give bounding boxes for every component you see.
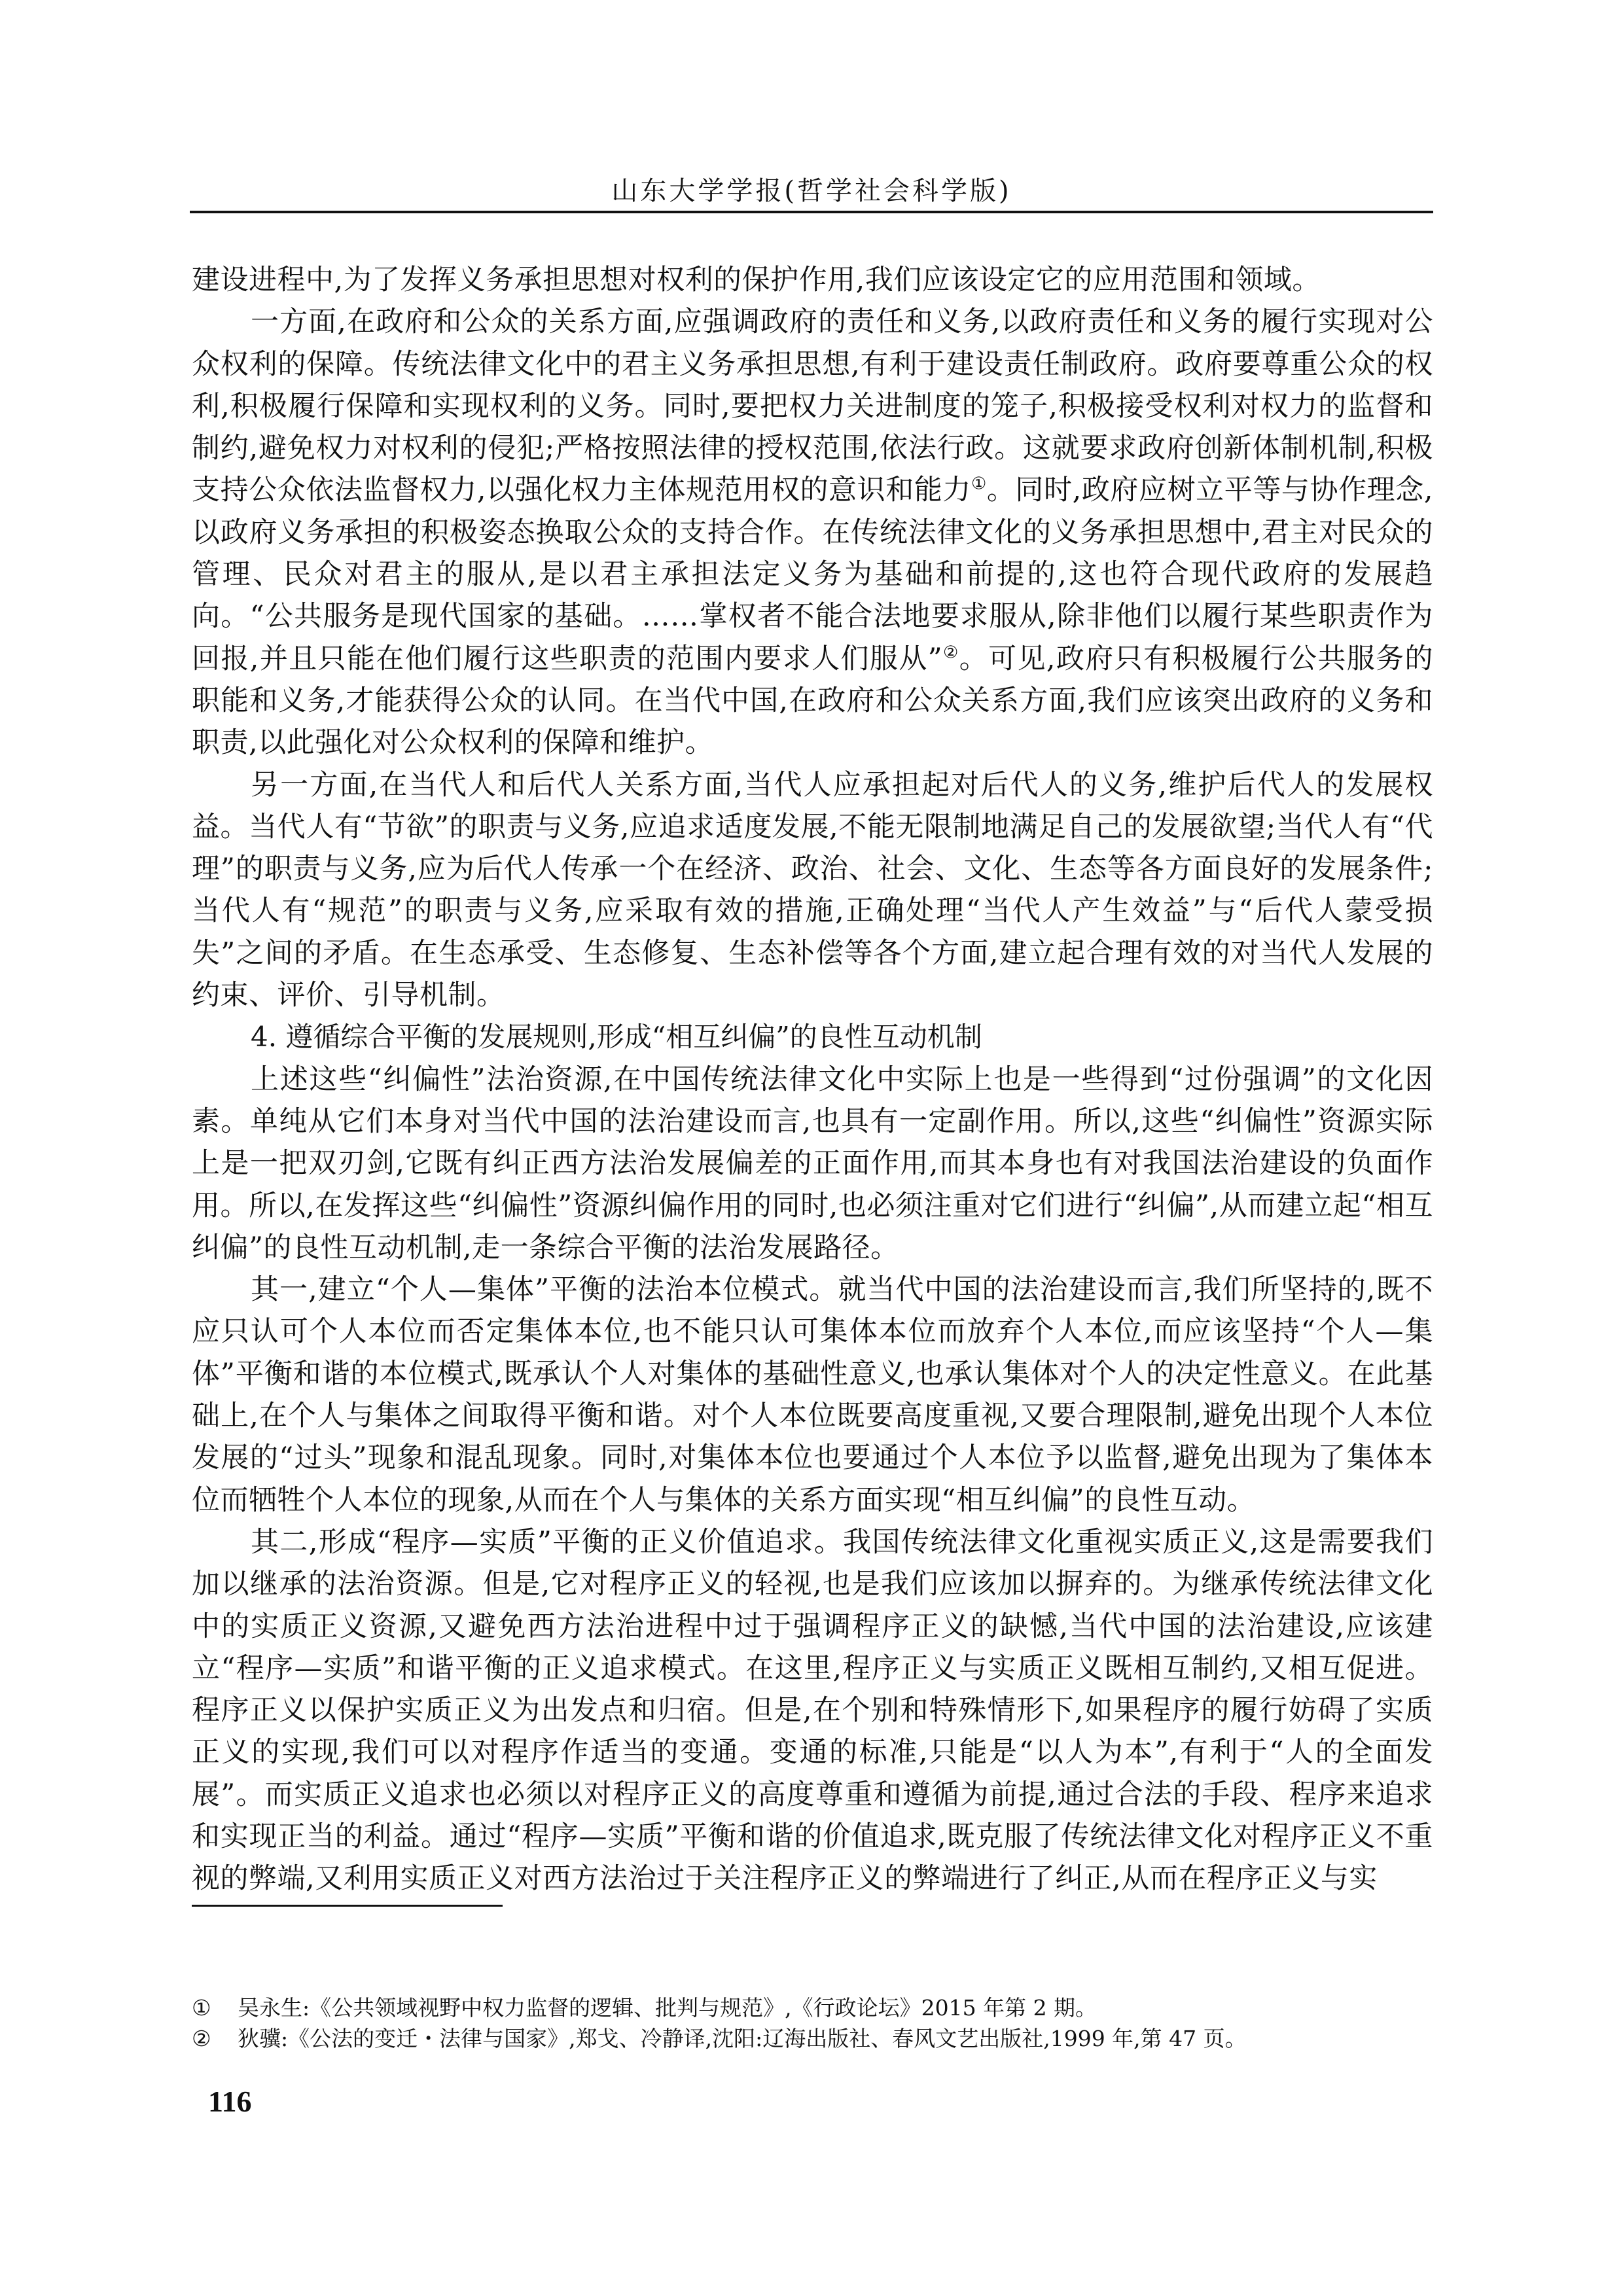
paragraph-correction-resources: 上述这些“纠偏性”法治资源,在中国传统法律文化中实际上也是一些得到“过份强调”的… — [192, 1059, 1433, 1269]
article-body: 建设进程中,为了发挥义务承担思想对权利的保护作用,我们应该设定它的应用范围和领域… — [192, 259, 1433, 1900]
footnote-2: ② 狄骥:《公法的变迁・法律与国家》,郑戈、冷静译,沈阳:辽海出版社、春风文艺出… — [192, 2023, 1433, 2054]
footnote-text: 吴永生:《公共领域视野中权力监督的逻辑、批判与规范》,《行政论坛》2015 年第… — [238, 1992, 1097, 2023]
paragraph-continuation: 建设进程中,为了发挥义务承担思想对权利的保护作用,我们应该设定它的应用范围和领域… — [192, 259, 1433, 301]
footnote-mark: ① — [192, 1992, 238, 2023]
footnote-ref-1[interactable]: ① — [971, 474, 987, 494]
paragraph-individual-collective: 其一,建立“个人—集体”平衡的法治本位模式。就当代中国的法治建设而言,我们所坚持… — [192, 1269, 1433, 1521]
page-number: 116 — [208, 2084, 251, 2119]
paragraph-government-public: 一方面,在政府和公众的关系方面,应强调政府的责任和义务,以政府责任和义务的履行实… — [192, 301, 1433, 764]
footnote-mark: ② — [192, 2023, 238, 2054]
footnote-text: 狄骥:《公法的变迁・法律与国家》,郑戈、冷静译,沈阳:辽海出版社、春风文艺出版社… — [238, 2023, 1247, 2054]
header-rule — [190, 211, 1433, 213]
running-header: 山东大学学报(哲学社会科学版) — [190, 171, 1433, 211]
paragraph-procedure-substance: 其二,形成“程序—实质”平衡的正义价值追求。我国传统法律文化重视实质正义,这是需… — [192, 1521, 1433, 1900]
section-heading: 4. 遵循综合平衡的发展规则,形成“相互纠偏”的良性互动机制 — [192, 1016, 1433, 1058]
footnote-1: ① 吴永生:《公共领域视野中权力监督的逻辑、批判与规范》,《行政论坛》2015 … — [192, 1992, 1433, 2023]
footnotes: ① 吴永生:《公共领域视野中权力监督的逻辑、批判与规范》,《行政论坛》2015 … — [192, 1992, 1433, 2054]
footnote-rule — [192, 1905, 503, 1907]
footnote-ref-2[interactable]: ② — [942, 643, 959, 662]
journal-title: 山东大学学报(哲学社会科学版) — [611, 176, 1011, 206]
paragraph-generations: 另一方面,在当代人和后代人关系方面,当代人应承担起对后代人的义务,维护后代人的发… — [192, 764, 1433, 1017]
